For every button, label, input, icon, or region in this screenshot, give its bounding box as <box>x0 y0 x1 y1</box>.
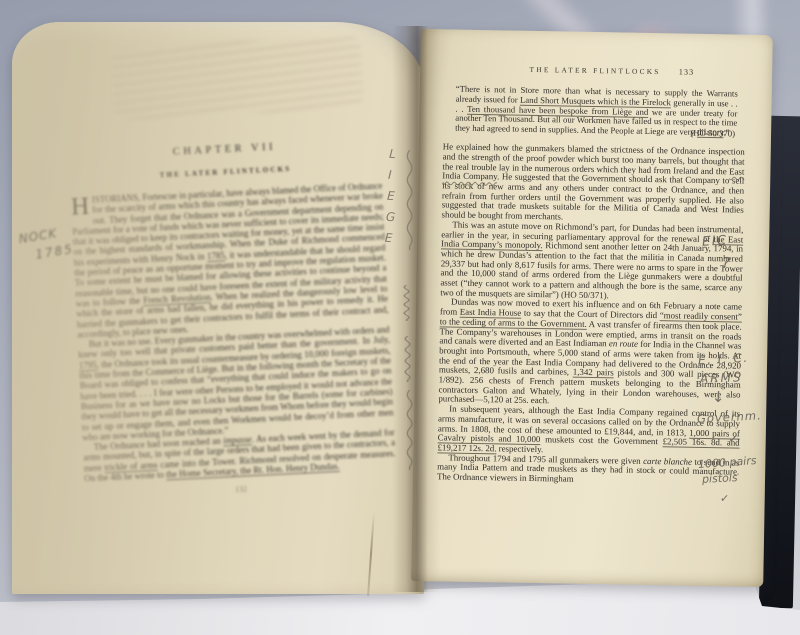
drop-cap: H <box>71 195 93 218</box>
paragraph: HISTORIANS, Fortescue in particular, hav… <box>71 181 390 340</box>
text-segment: 1785 <box>207 250 225 261</box>
pencil-brace-mark <box>401 285 410 321</box>
annotation-pistols: pistols <box>702 471 738 486</box>
paragraph: Throughout 1794 and 1795 all gunmakers w… <box>437 453 739 487</box>
paragraph: In subsequent years, although the East I… <box>437 405 740 459</box>
pencil-brace-mark <box>404 150 413 250</box>
running-header: THE LATER FLINTLOCKS <box>530 65 661 76</box>
book-photo-scene: CHAPTER VII THE LATER FLINTLOCKS HISTORI… <box>0 0 800 635</box>
annotation-eic: EIC <box>702 233 729 250</box>
annotation-eic-arms-line2: ARMS <box>700 370 743 385</box>
pencil-brace-mark <box>404 390 413 470</box>
pencil-brace-mark <box>402 336 411 382</box>
chapter-subtitle: THE LATER FLINTLOCKS <box>70 161 382 184</box>
right-page-number: 133 <box>679 67 694 76</box>
open-book: CHAPTER VII THE LATER FLINTLOCKS HISTORI… <box>0 0 800 635</box>
paragraph: Dundas was now moved to exert his influe… <box>438 298 742 410</box>
right-book-page: THE LATER FLINTLOCKS 133 “There is not i… <box>411 29 773 587</box>
chapter-heading: CHAPTER VII <box>68 137 380 163</box>
text-segment: , the Ordnance took its usual countermea… <box>79 345 394 442</box>
left-book-page: CHAPTER VII THE LATER FLINTLOCKS HISTORI… <box>12 22 424 594</box>
annotation-eic-arms-line1: E. I. C. <box>698 351 749 368</box>
text-segment: Richmond sent another letter on 24th Jan… <box>440 240 743 300</box>
left-page-content: CHAPTER VII THE LATER FLINTLOCKS HISTORI… <box>67 107 397 502</box>
check-mark: ✓ <box>720 492 730 506</box>
check-mark: ✓ <box>727 432 739 448</box>
text-segment: muskets cost the Government <box>540 434 662 446</box>
show-through-text <box>110 36 363 121</box>
running-header-row: THE LATER FLINTLOCKS 133 <box>444 63 746 81</box>
down-arrow-mark: ↓ <box>712 388 726 407</box>
paragraph: He explained how the gunmakers blamed th… <box>442 143 745 226</box>
paragraph: But it was no use. Every gunmaker in the… <box>78 325 395 443</box>
paragraph: This was an astute move on Richmond’s pa… <box>440 220 743 303</box>
right-page-text: He explained how the gunmakers blamed th… <box>437 143 745 488</box>
text-segment: 1795 <box>79 359 97 370</box>
left-page-text: HISTORIANS, Fortescue in particular, hav… <box>71 181 397 484</box>
